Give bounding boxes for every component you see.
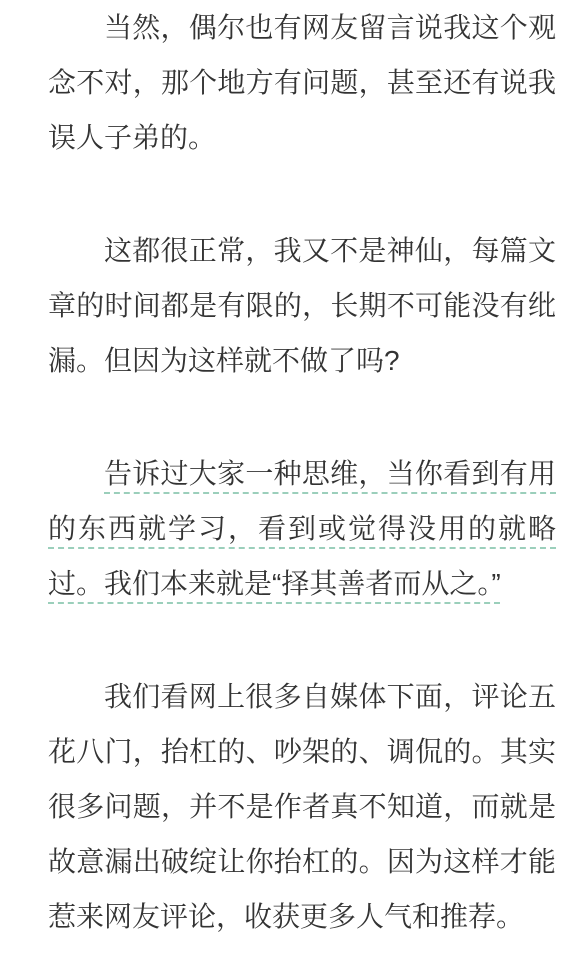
paragraph-1: 当然，偶尔也有网友留言说我这个观念不对，那个地方有问题，甚至还有说我误人子弟的。 <box>48 0 556 165</box>
paragraph-2: 这都很正常，我又不是神仙，每篇文章的时间都是有限的，长期不可能没有纰漏。但因为这… <box>48 223 556 388</box>
paragraph-4: 我们看网上很多自媒体下面，评论五花八门，抬杠的、吵架的、调侃的。其实很多问题，并… <box>48 669 556 944</box>
paragraph-3-highlighted: 告诉过大家一种思维，当你看到有用的东西就学习，看到或觉得没用的就略过。我们本来就… <box>48 446 556 611</box>
article-body: 当然，偶尔也有网友留言说我这个观念不对，那个地方有问题，甚至还有说我误人子弟的。… <box>0 0 580 956</box>
